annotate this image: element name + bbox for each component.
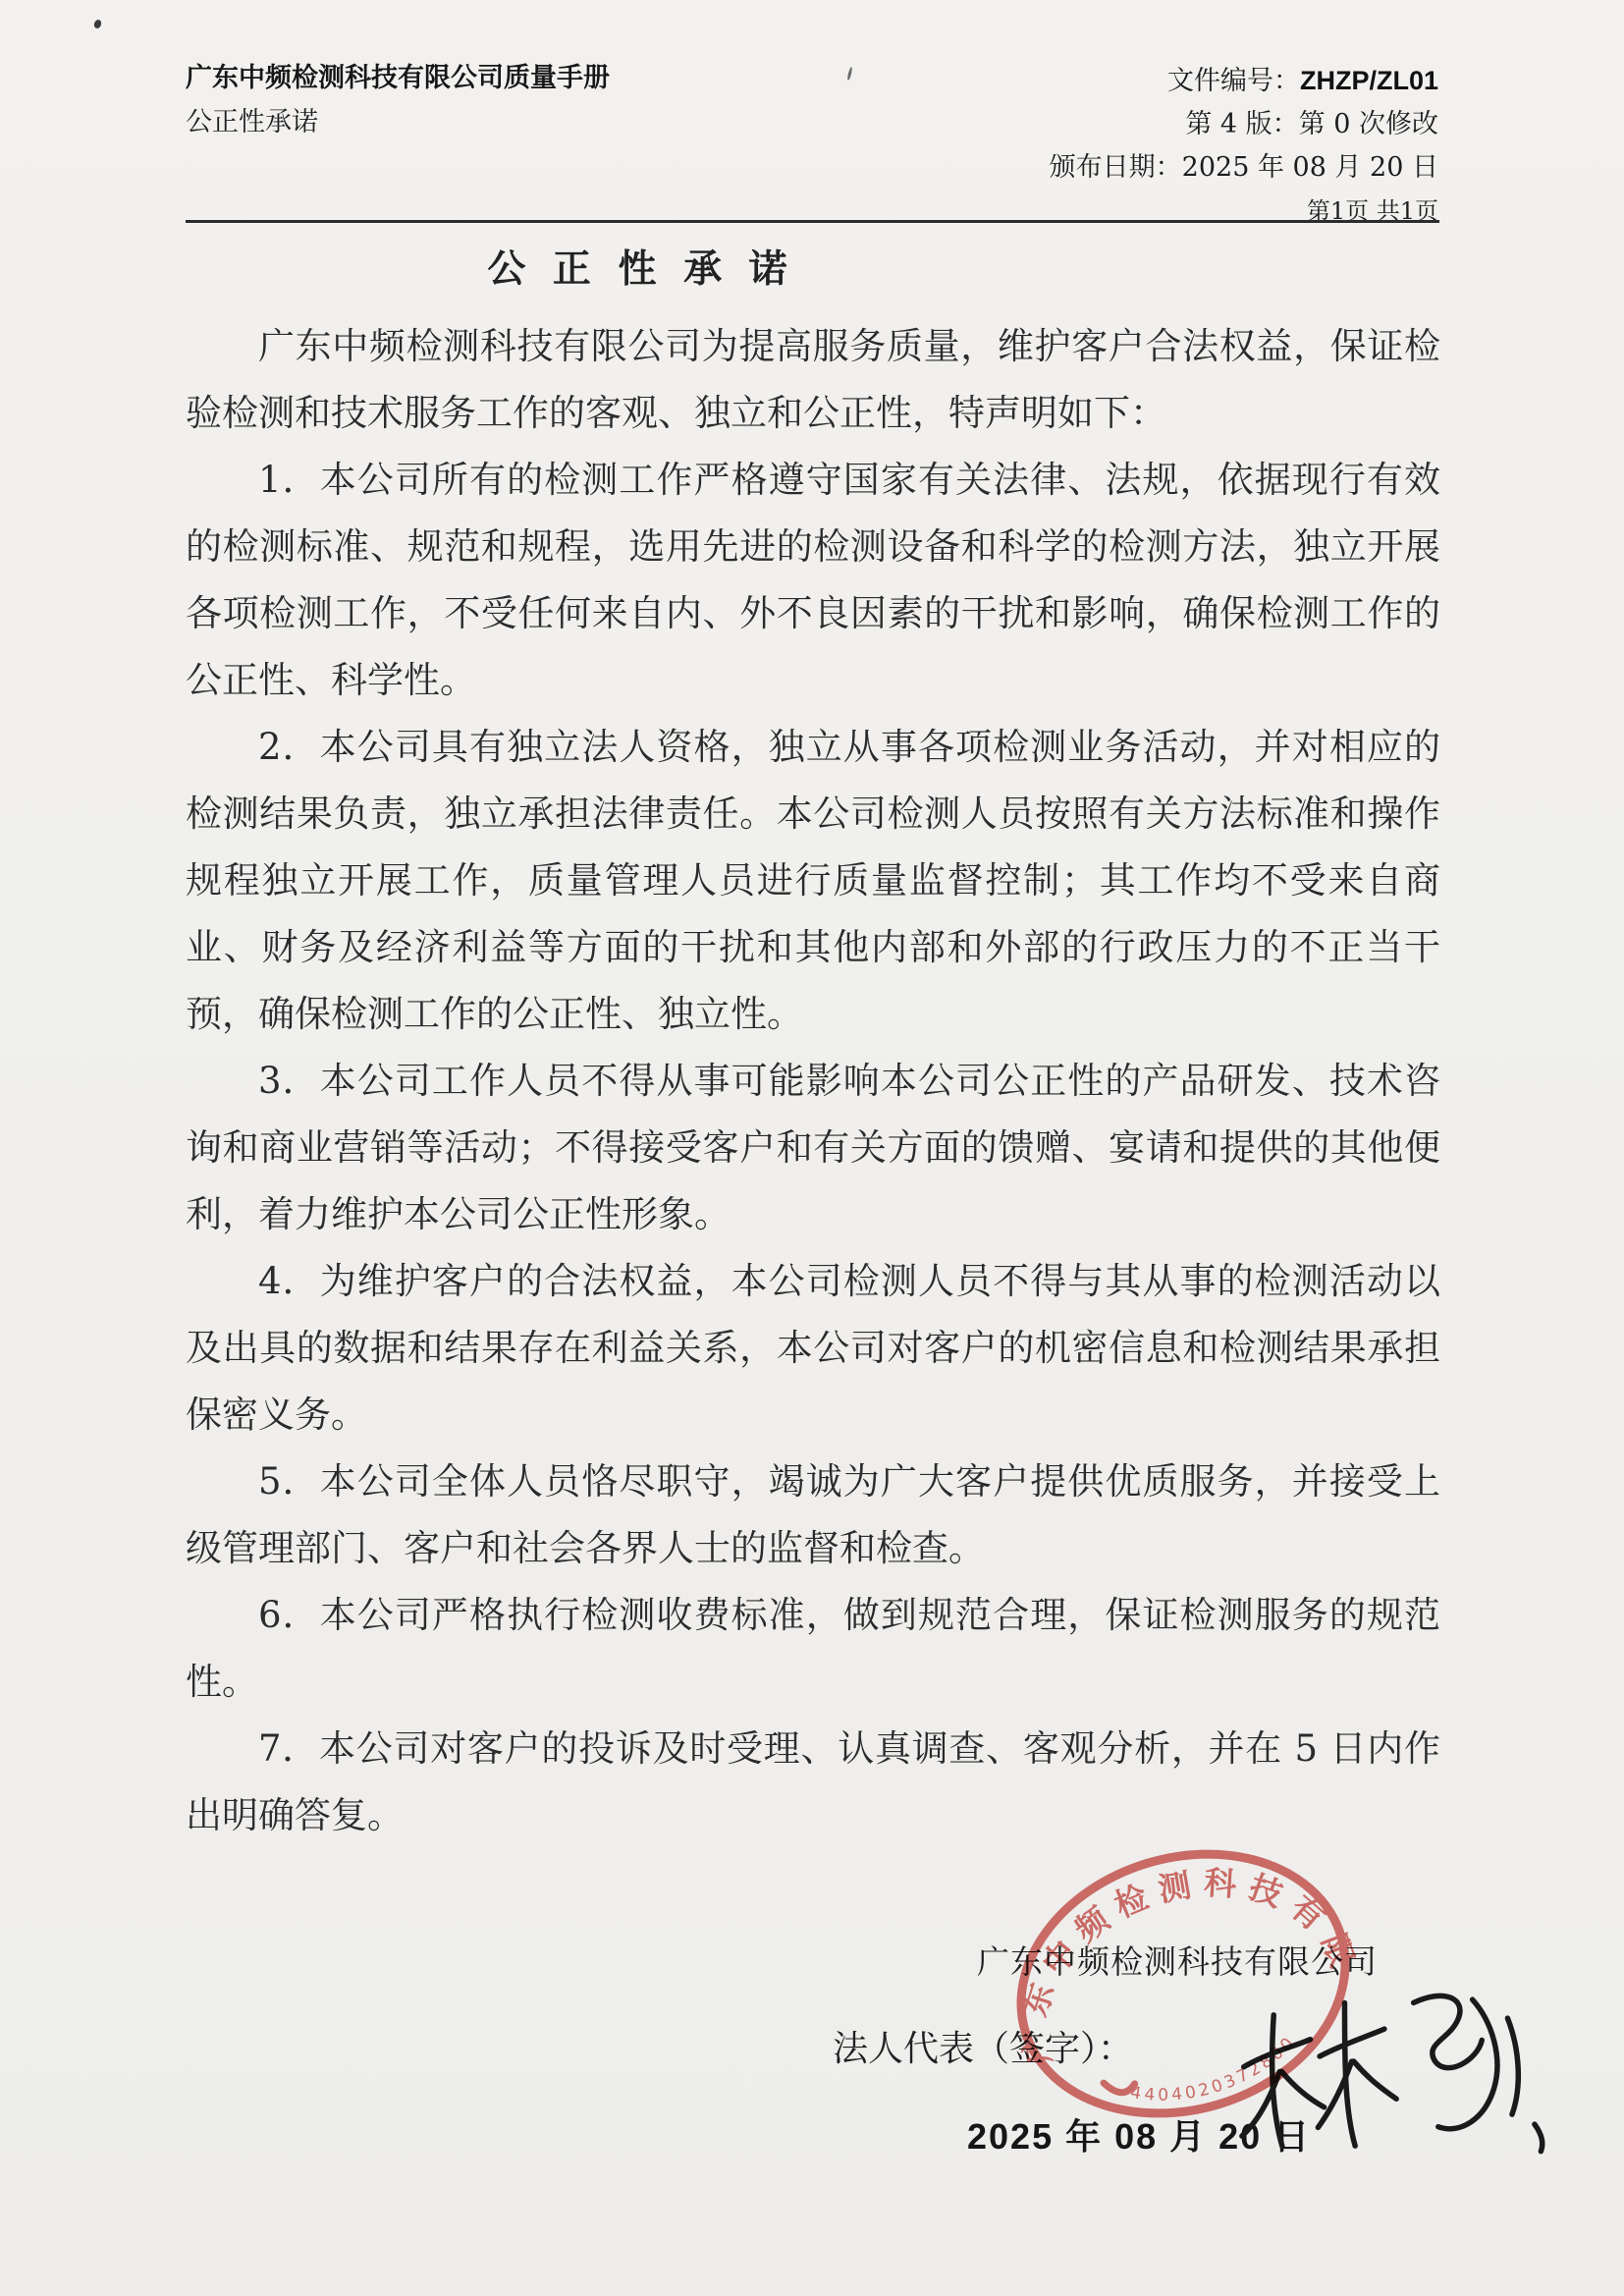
signature-stroke [1535, 2124, 1543, 2152]
doc-subtitle: 公正性承诺 [186, 100, 610, 145]
scanned-document-page: 广东中频检测科技有限公司质量手册 公正性承诺 文件编号：ZHZP/ZL01 第 … [0, 0, 1624, 2296]
body-paragraph-3: 3．本公司工作人员不得从事可能影响本公司公正性的产品研发、技术咨询和商业营销等活… [186, 1048, 1440, 1248]
doc-number-value: ZHZP/ZL01 [1300, 66, 1438, 95]
header-right: 文件编号：ZHZP/ZL01 第 4 版：第 0 次修改 颁布日期：2025 年… [1050, 59, 1438, 233]
version-line: 第 4 版：第 0 次修改 [1050, 103, 1438, 146]
signature-stroke [1503, 2018, 1522, 2115]
paper-speck [93, 19, 103, 29]
header-divider [186, 220, 1439, 223]
issue-date-line: 颁布日期：2025 年 08 月 20 日 [1050, 146, 1438, 190]
doc-number-line: 文件编号：ZHZP/ZL01 [1050, 59, 1438, 103]
header-left: 广东中频检测科技有限公司质量手册 公正性承诺 [186, 55, 610, 145]
body-paragraph-1: 1．本公司所有的检测工作严格遵守国家有关法律、法规，依据现行有效的检测标准、规范… [186, 447, 1440, 714]
paper-speck [846, 67, 852, 81]
body-paragraph-intro: 广东中频检测科技有限公司为提高服务质量，维护客户合法权益，保证检验检测和技术服务… [186, 313, 1440, 447]
company-stamp: 广东中频检测科技有限公司 4404020372800 [982, 1812, 1384, 2156]
document-body: 广东中频检测科技有限公司为提高服务质量，维护客户合法权益，保证检验检测和技术服务… [186, 313, 1440, 1849]
body-paragraph-2: 2．本公司具有独立法人资格，独立从事各项检测业务活动，并对相应的检测结果负责，独… [186, 714, 1440, 1048]
page-number-line: 第1页 共1页 [1050, 190, 1438, 233]
manual-title: 广东中频检测科技有限公司质量手册 [186, 55, 610, 100]
doc-number-label: 文件编号： [1167, 66, 1300, 96]
body-paragraph-6: 6．本公司严格执行检测收费标准，做到规范合理，保证检测服务的规范性。 [186, 1582, 1440, 1716]
page-title: 公 正 性 承 诺 [0, 239, 1276, 294]
body-paragraph-4: 4．为维护客户的合法权益，本公司检测人员不得与其从事的检测活动以及出具的数据和结… [186, 1248, 1440, 1449]
body-paragraph-5: 5．本公司全体人员恪尽职守，竭诚为广大客户提供优质服务，并接受上级管理部门、客户… [186, 1449, 1440, 1582]
